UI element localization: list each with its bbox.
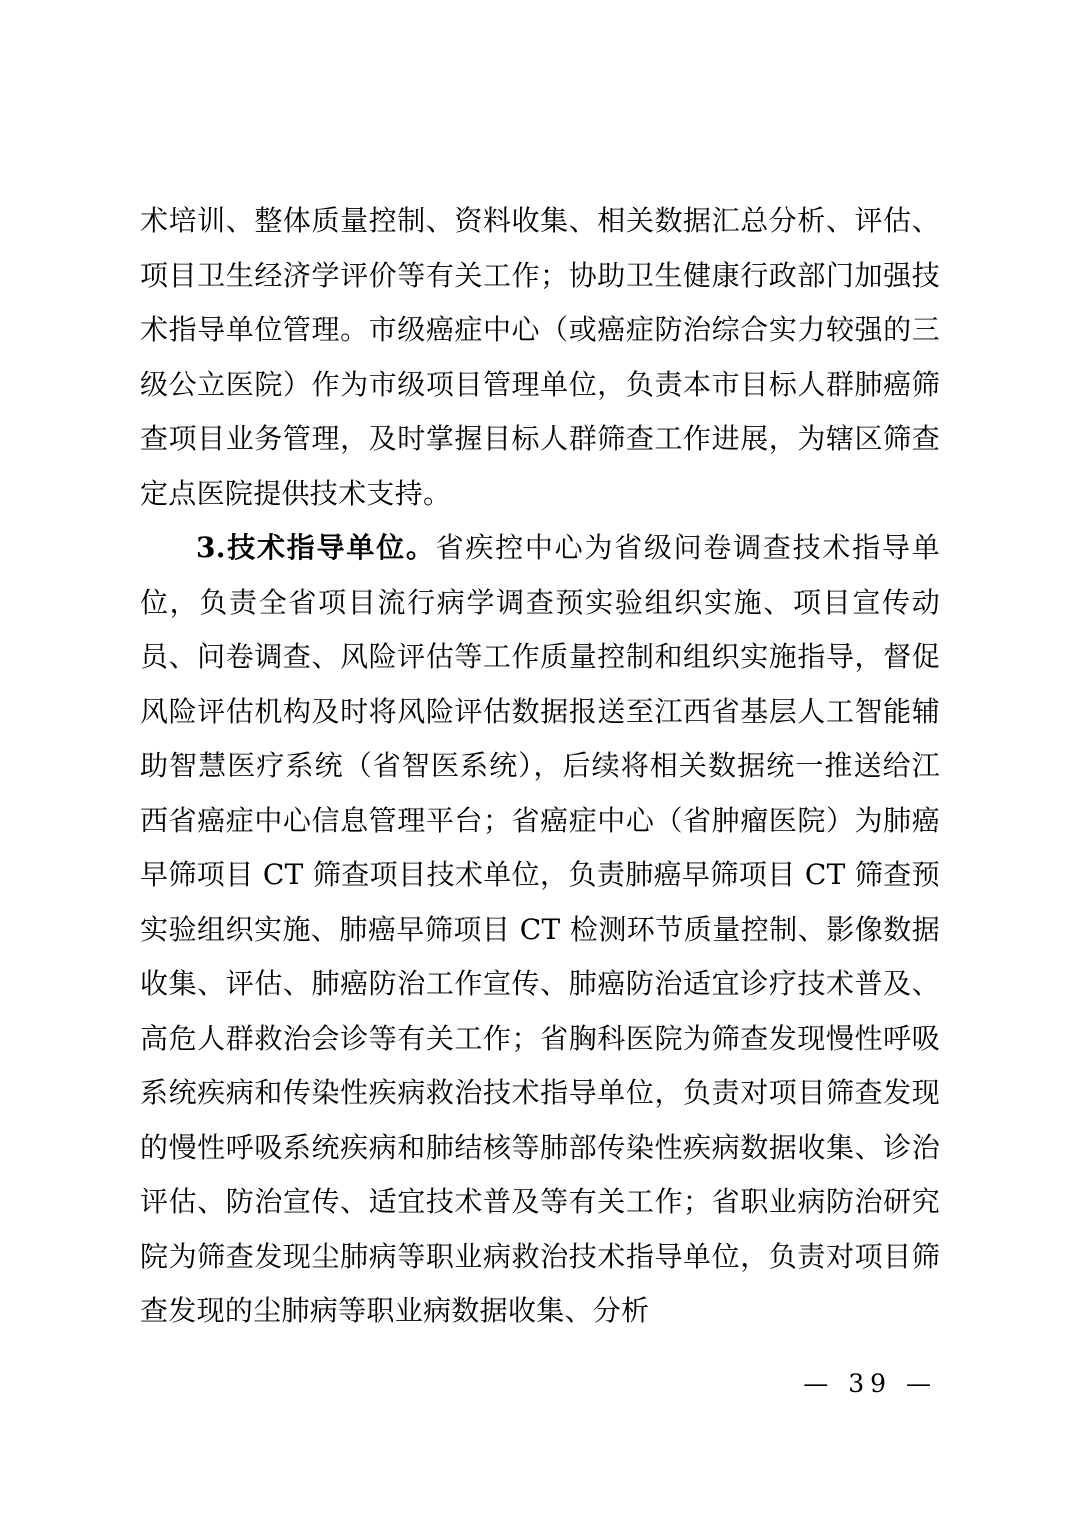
document-body: 术培训、整体质量控制、资料收集、相关数据汇总分析、评估、项目卫生经济学评价等有关… — [140, 194, 940, 1339]
page-number: — 39 — — [803, 1368, 937, 1400]
paragraph-continuation-text: 术培训、整体质量控制、资料收集、相关数据汇总分析、评估、项目卫生经济学评价等有关… — [140, 204, 940, 510]
paragraph-continuation: 术培训、整体质量控制、资料收集、相关数据汇总分析、评估、项目卫生经济学评价等有关… — [140, 194, 940, 521]
document-page: 术培训、整体质量控制、资料收集、相关数据汇总分析、评估、项目卫生经济学评价等有关… — [0, 0, 1075, 1520]
section-3-body-text: 省疾控中心为省级问卷调查技术指导单位，负责全省项目流行病学调查预实验组织实施、项… — [140, 531, 940, 1327]
paragraph-section-3: 3.技术指导单位。省疾控中心为省级问卷调查技术指导单位，负责全省项目流行病学调查… — [140, 521, 940, 1339]
section-3-heading: 3.技术指导单位。 — [196, 531, 436, 564]
